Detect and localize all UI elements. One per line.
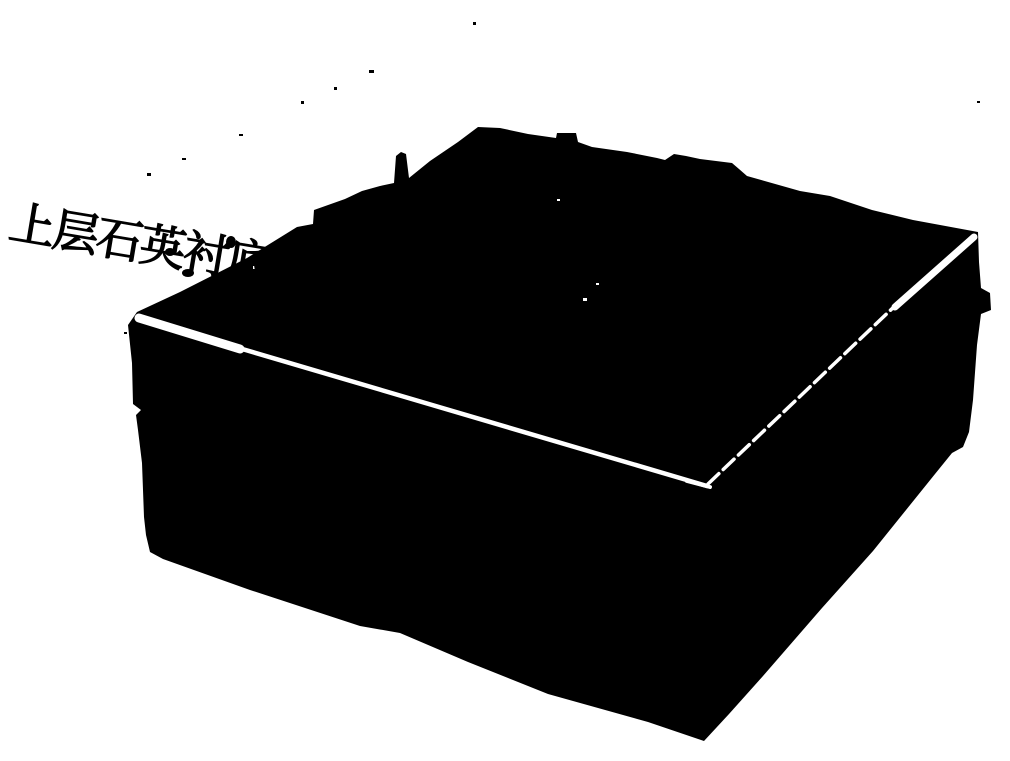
- noise-speck: [473, 22, 476, 25]
- noise-speck: [182, 158, 186, 160]
- noise-speck: [239, 134, 243, 136]
- noise-speck: [557, 199, 560, 201]
- noise-speck: [977, 101, 980, 103]
- noise-blob: [205, 285, 215, 291]
- device-body-silhouette: [128, 127, 991, 741]
- noise-speck: [596, 283, 599, 285]
- noise-speck: [147, 173, 151, 176]
- device-photo-silhouette: [0, 0, 1010, 761]
- noise-speck: [124, 332, 127, 334]
- noise-speck: [583, 298, 587, 301]
- noise-speck: [369, 70, 374, 73]
- patent-figure: 上层石英衬底: [0, 0, 1010, 761]
- noise-speck: [301, 101, 304, 104]
- noise-speck: [334, 87, 337, 90]
